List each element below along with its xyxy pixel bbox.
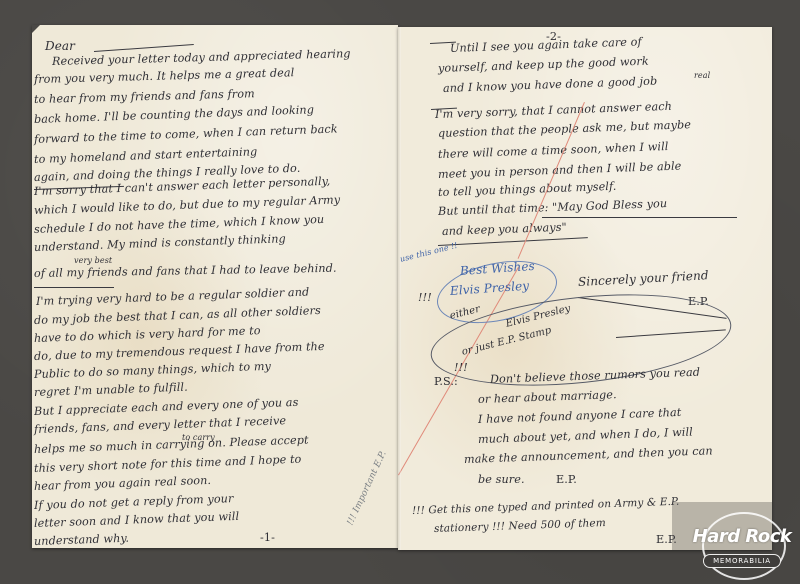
exclamation-mark: !!! bbox=[454, 361, 468, 374]
watermark-subtitle: MEMORABILIA bbox=[703, 554, 781, 568]
page-number: -1- bbox=[260, 531, 275, 544]
quote-underline bbox=[542, 217, 737, 218]
closing-sincerely: Sincerely your friend bbox=[578, 268, 709, 289]
letter-page-2: -2- Until I see you again take care of y… bbox=[398, 27, 772, 550]
insert-very-best: very best bbox=[74, 256, 112, 265]
letter-page-1: Dear Received your letter today and appr… bbox=[32, 25, 398, 548]
section-divider bbox=[34, 287, 114, 288]
salutation: Dear bbox=[45, 39, 75, 53]
ps-initials: E.P. bbox=[556, 473, 577, 486]
insert-real: real bbox=[694, 71, 710, 80]
page-fold-crease bbox=[398, 27, 401, 550]
exclamation-mark: !!! bbox=[418, 291, 432, 304]
watermark-title: Hard Rock bbox=[688, 526, 796, 547]
hard-rock-watermark: Hard Rock MEMORABILIA bbox=[688, 508, 796, 580]
margin-note-important: !!! Important E.P. bbox=[345, 450, 388, 528]
ps-label: P.S.: bbox=[434, 375, 458, 388]
quote-underline bbox=[438, 237, 588, 246]
annotation-use-this-one: use this one !! bbox=[399, 241, 459, 264]
page-corner bbox=[32, 25, 40, 33]
